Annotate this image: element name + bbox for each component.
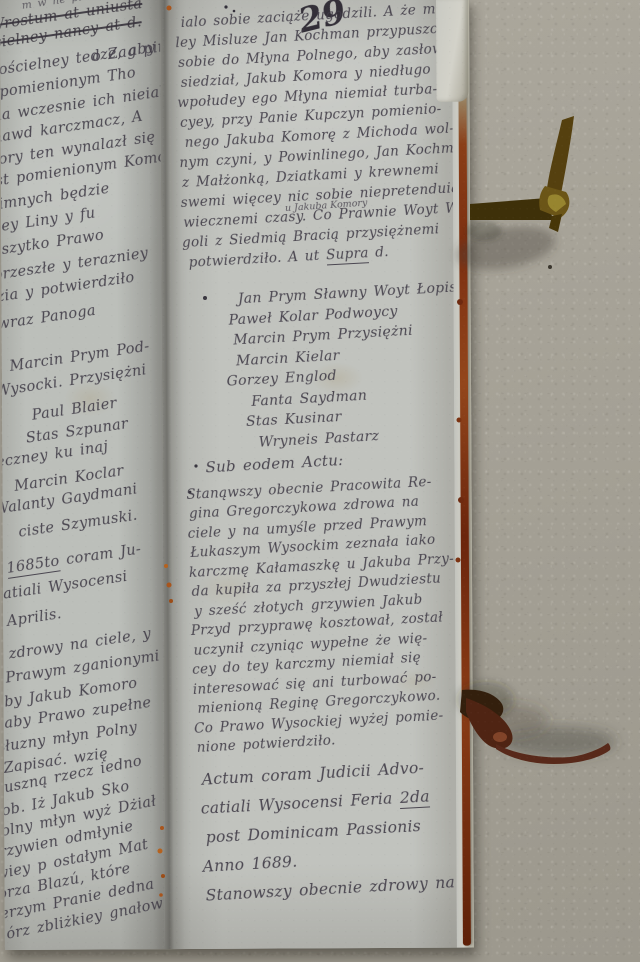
witness-name-line: Wryneis Pastarz [258, 428, 379, 451]
ribbon-bottom-shadow [458, 682, 616, 757]
witness-name-line: Stas Kusinar [246, 409, 342, 430]
handwriting-segment: d. [368, 244, 389, 261]
witness-name-line: Fanta Saydman [251, 388, 368, 410]
handwriting-line: Stanowszy obecnie zdrowy na Ciele. [205, 870, 457, 904]
right-page: 29 ialo sobie zaciąże ugodzili. A że mia… [160, 0, 457, 949]
ribbon-top [470, 116, 574, 269]
handwriting-line: Actum coram Judicii Advo- [201, 759, 424, 789]
handwriting-line: nione potwierdziło. [196, 732, 336, 755]
handwriting-segment: Supra [326, 245, 370, 265]
open-book: m w ne pisze przypisaniWrostum at uniust… [0, 0, 474, 950]
handwriting-line: catiali Wysocensi Feria 2da [200, 787, 430, 817]
handwriting-line: eczney ku inaj [0, 439, 109, 471]
right-page-text: 29 ialo sobie zaciąże ugodzili. A że mia… [160, 0, 457, 949]
handwriting-line: Anno 1689. [202, 853, 298, 876]
handwriting-line: ciste Szymuski. [17, 508, 138, 541]
handwriting-segment: 2da [399, 787, 430, 809]
witness-name-line: Gorzey Englod [226, 368, 337, 390]
red-edge-stain [458, 94, 470, 946]
witness-name-line: Marcin Kielar [236, 348, 341, 370]
handwriting-segment: coram Ju- [58, 541, 142, 569]
handwriting-segment: catiali Wysocensi Feria [200, 789, 400, 818]
left-page-text: m w ne pisze przypisaniWrostum at uniust… [0, 0, 165, 950]
handwriting-segment: potwierdziło. A ut [188, 247, 326, 270]
handwriting-line: post Dominicam Passionis [205, 817, 421, 847]
book-fore-edge [452, 0, 474, 948]
ribbon-bottom [460, 690, 610, 764]
handwriting-line: Aprilis. [6, 606, 63, 630]
manuscript-photograph: m w ne pisze przypisaniWrostum at uniust… [0, 0, 640, 962]
handwriting-line: Sub eodem Actu: [205, 451, 344, 476]
left-page: m w ne pisze przypisaniWrostum at uniust… [0, 0, 165, 950]
witness-name-line: Jan Prym Sławny Woyt Łopish [238, 279, 457, 307]
handwriting-segment: 1685to [6, 553, 61, 579]
page-corner-curl [436, 0, 469, 102]
handwriting-line: wraz Panoga [0, 303, 97, 333]
